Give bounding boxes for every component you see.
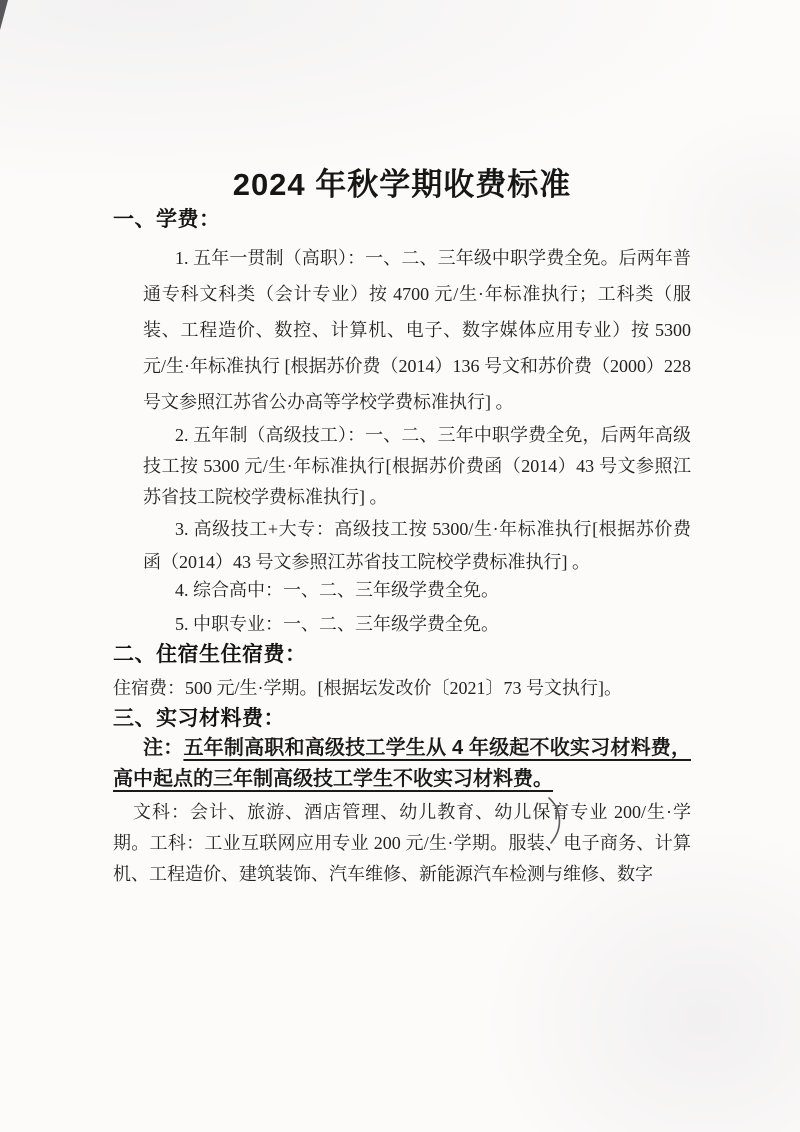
section-accommodation-heading: 二、住宿生住宿费： (113, 641, 691, 669)
section-practice-materials: 三、实习材料费： 注：五年制高职和高级技工学生从 4 年级起不收实习材料费，高中… (113, 705, 691, 890)
section-tuition-heading: 一、学费： (113, 206, 691, 234)
pen-mark (546, 797, 570, 845)
tuition-item-2: 2. 五年制（高级技工）：一、二、三年中职学费全免，后两年高级技工按 5300 … (143, 420, 691, 513)
practice-materials-fee-text: 文科：会计、旅游、酒店管理、幼儿教育、幼儿保育专业 200/生·学期。工科：工业… (113, 797, 691, 890)
scanned-document-page: 2024 年秋学期收费标准 一、学费： 1. 五年一贯制（高职）：一、二、三年级… (0, 0, 800, 1132)
section-accommodation: 二、住宿生住宿费： 住宿费：500 元/生·学期。[根据坛发改价〔2021〕73… (113, 641, 691, 705)
document-title: 2024 年秋学期收费标准 (113, 164, 691, 206)
note-prefix: 注： (143, 737, 183, 759)
document-content: 2024 年秋学期收费标准 一、学费： 1. 五年一贯制（高职）：一、二、三年级… (113, 0, 691, 890)
note-underlined-text: 五年制高职和高级技工学生从 4 年级起不收实习材料费，高中起点的三年制高级技工学… (113, 737, 691, 790)
tuition-item-list: 1. 五年一贯制（高职）：一、二、三年级中职学费全免。后两年普通专科文科类（会计… (143, 240, 691, 641)
tuition-item-3: 3. 高级技工+大专：高级技工按 5300/生·年标准执行[根据苏价费函（201… (143, 513, 691, 579)
accommodation-fee-text: 住宿费：500 元/生·学期。[根据坛发改价〔2021〕73 号文执行]。 (113, 671, 691, 705)
practice-materials-note: 注：五年制高职和高级技工学生从 4 年级起不收实习材料费，高中起点的三年制高级技… (113, 733, 691, 795)
scan-corner-artifact (0, 0, 8, 30)
section-tuition: 一、学费： 1. 五年一贯制（高职）：一、二、三年级中职学费全免。后两年普通专科… (113, 206, 691, 641)
tuition-item-1: 1. 五年一贯制（高职）：一、二、三年级中职学费全免。后两年普通专科文科类（会计… (143, 240, 691, 420)
tuition-item-5: 5. 中职专业：一、二、三年级学费全免。 (143, 607, 691, 641)
section-practice-materials-heading: 三、实习材料费： (113, 705, 691, 733)
tuition-item-4: 4. 综合高中：一、二、三年级学费全免。 (143, 573, 691, 607)
